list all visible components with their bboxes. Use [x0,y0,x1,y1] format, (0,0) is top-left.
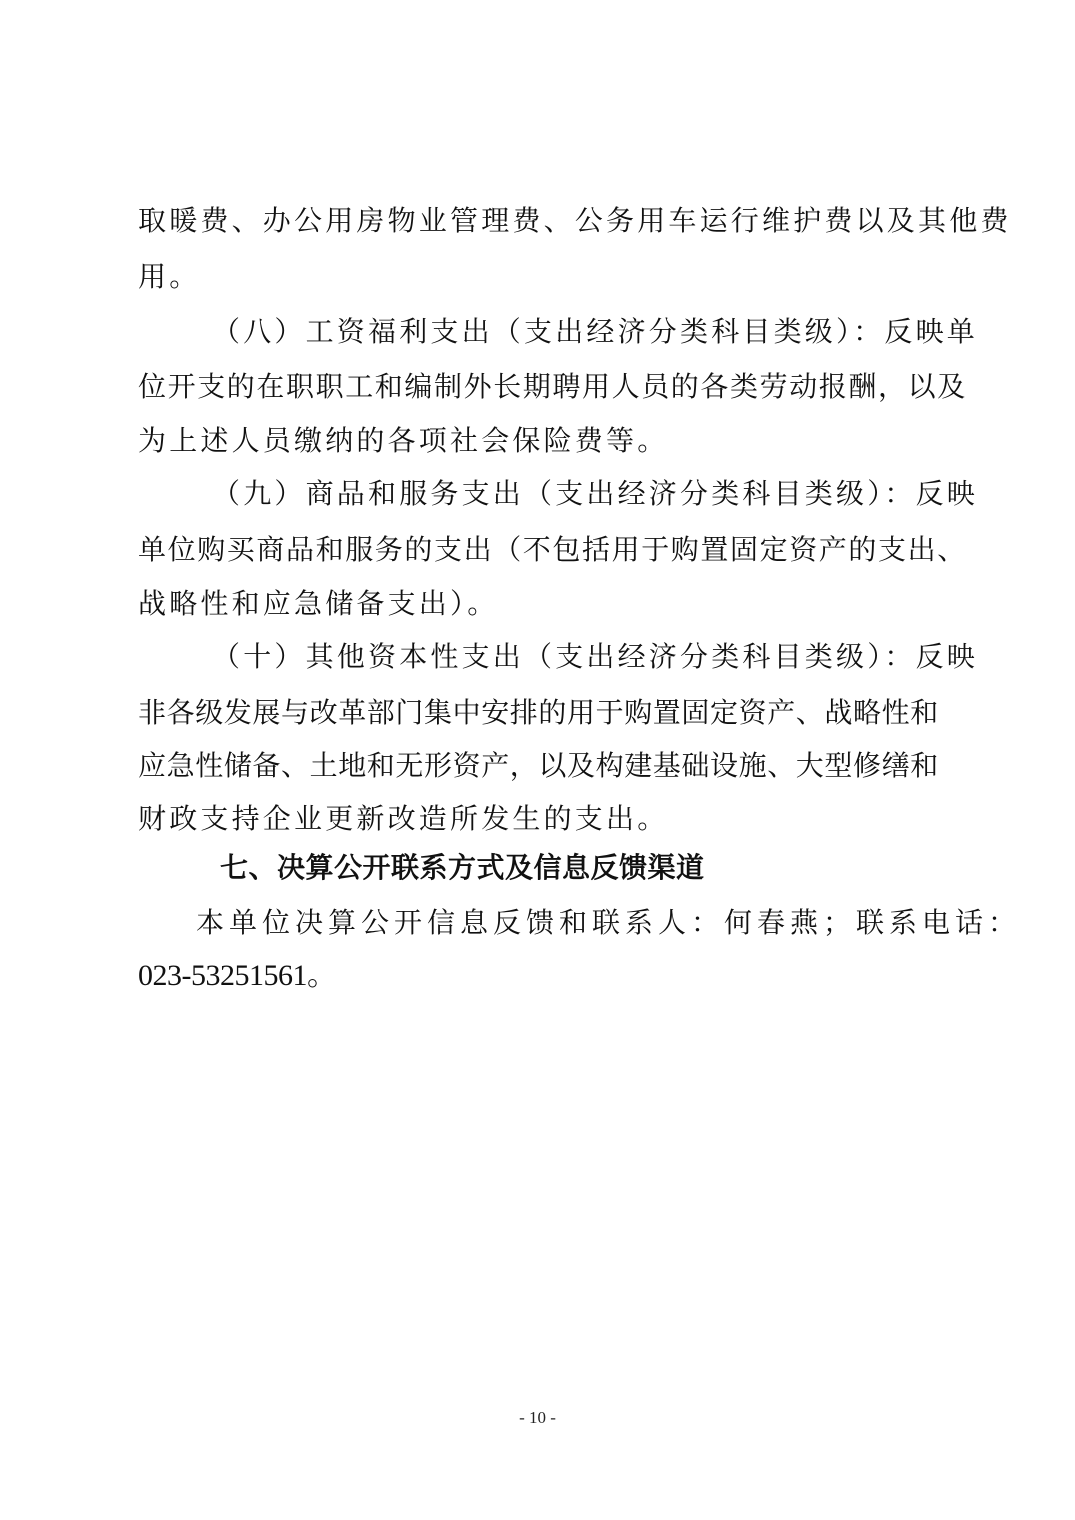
contact-info-line: 本单位决算公开信息反馈和联系人：何春燕；联系电话： [196,903,1021,943]
section-10-title-line: （十）其他资本性支出（支出经济分类科目类级）：反映 [212,637,938,677]
paragraph-line: 应急性储备、土地和无形资产，以及构建基础设施、大型修缮和 [138,746,938,786]
paragraph-line: 战略性和应急储备支出）。 [138,584,938,624]
document-page: 取暖费、办公用房物业管理费、公务用车运行维护费以及其他费 用。 （八）工资福利支… [0,0,1075,1520]
paragraph-line: 取暖费、办公用房物业管理费、公务用车运行维护费以及其他费 [138,201,938,241]
section-8-title-line: （八）工资福利支出（支出经济分类科目类级）：反映单 [212,312,938,352]
section-9-title-line: （九）商品和服务支出（支出经济分类科目类级）：反映 [212,474,938,514]
paragraph-line: 单位购买商品和服务的支出（不包括用于购置固定资产的支出、 [138,530,938,570]
section-heading: 七、决算公开联系方式及信息反馈渠道 [220,848,705,888]
paragraph-line: 用。 [138,257,938,297]
contact-phone-line: 023-53251561。 [138,956,337,996]
paragraph-line: 财政支持企业更新改造所发生的支出。 [138,799,938,839]
paragraph-line: 非各级发展与改革部门集中安排的用于购置固定资产、战略性和 [138,693,938,733]
paragraph-line: 位开支的在职职工和编制外长期聘用人员的各类劳动报酬，以及 [138,367,938,407]
paragraph-line: 为上述人员缴纳的各项社会保险费等。 [138,421,938,461]
page-number: - 10 - [0,1408,1075,1428]
